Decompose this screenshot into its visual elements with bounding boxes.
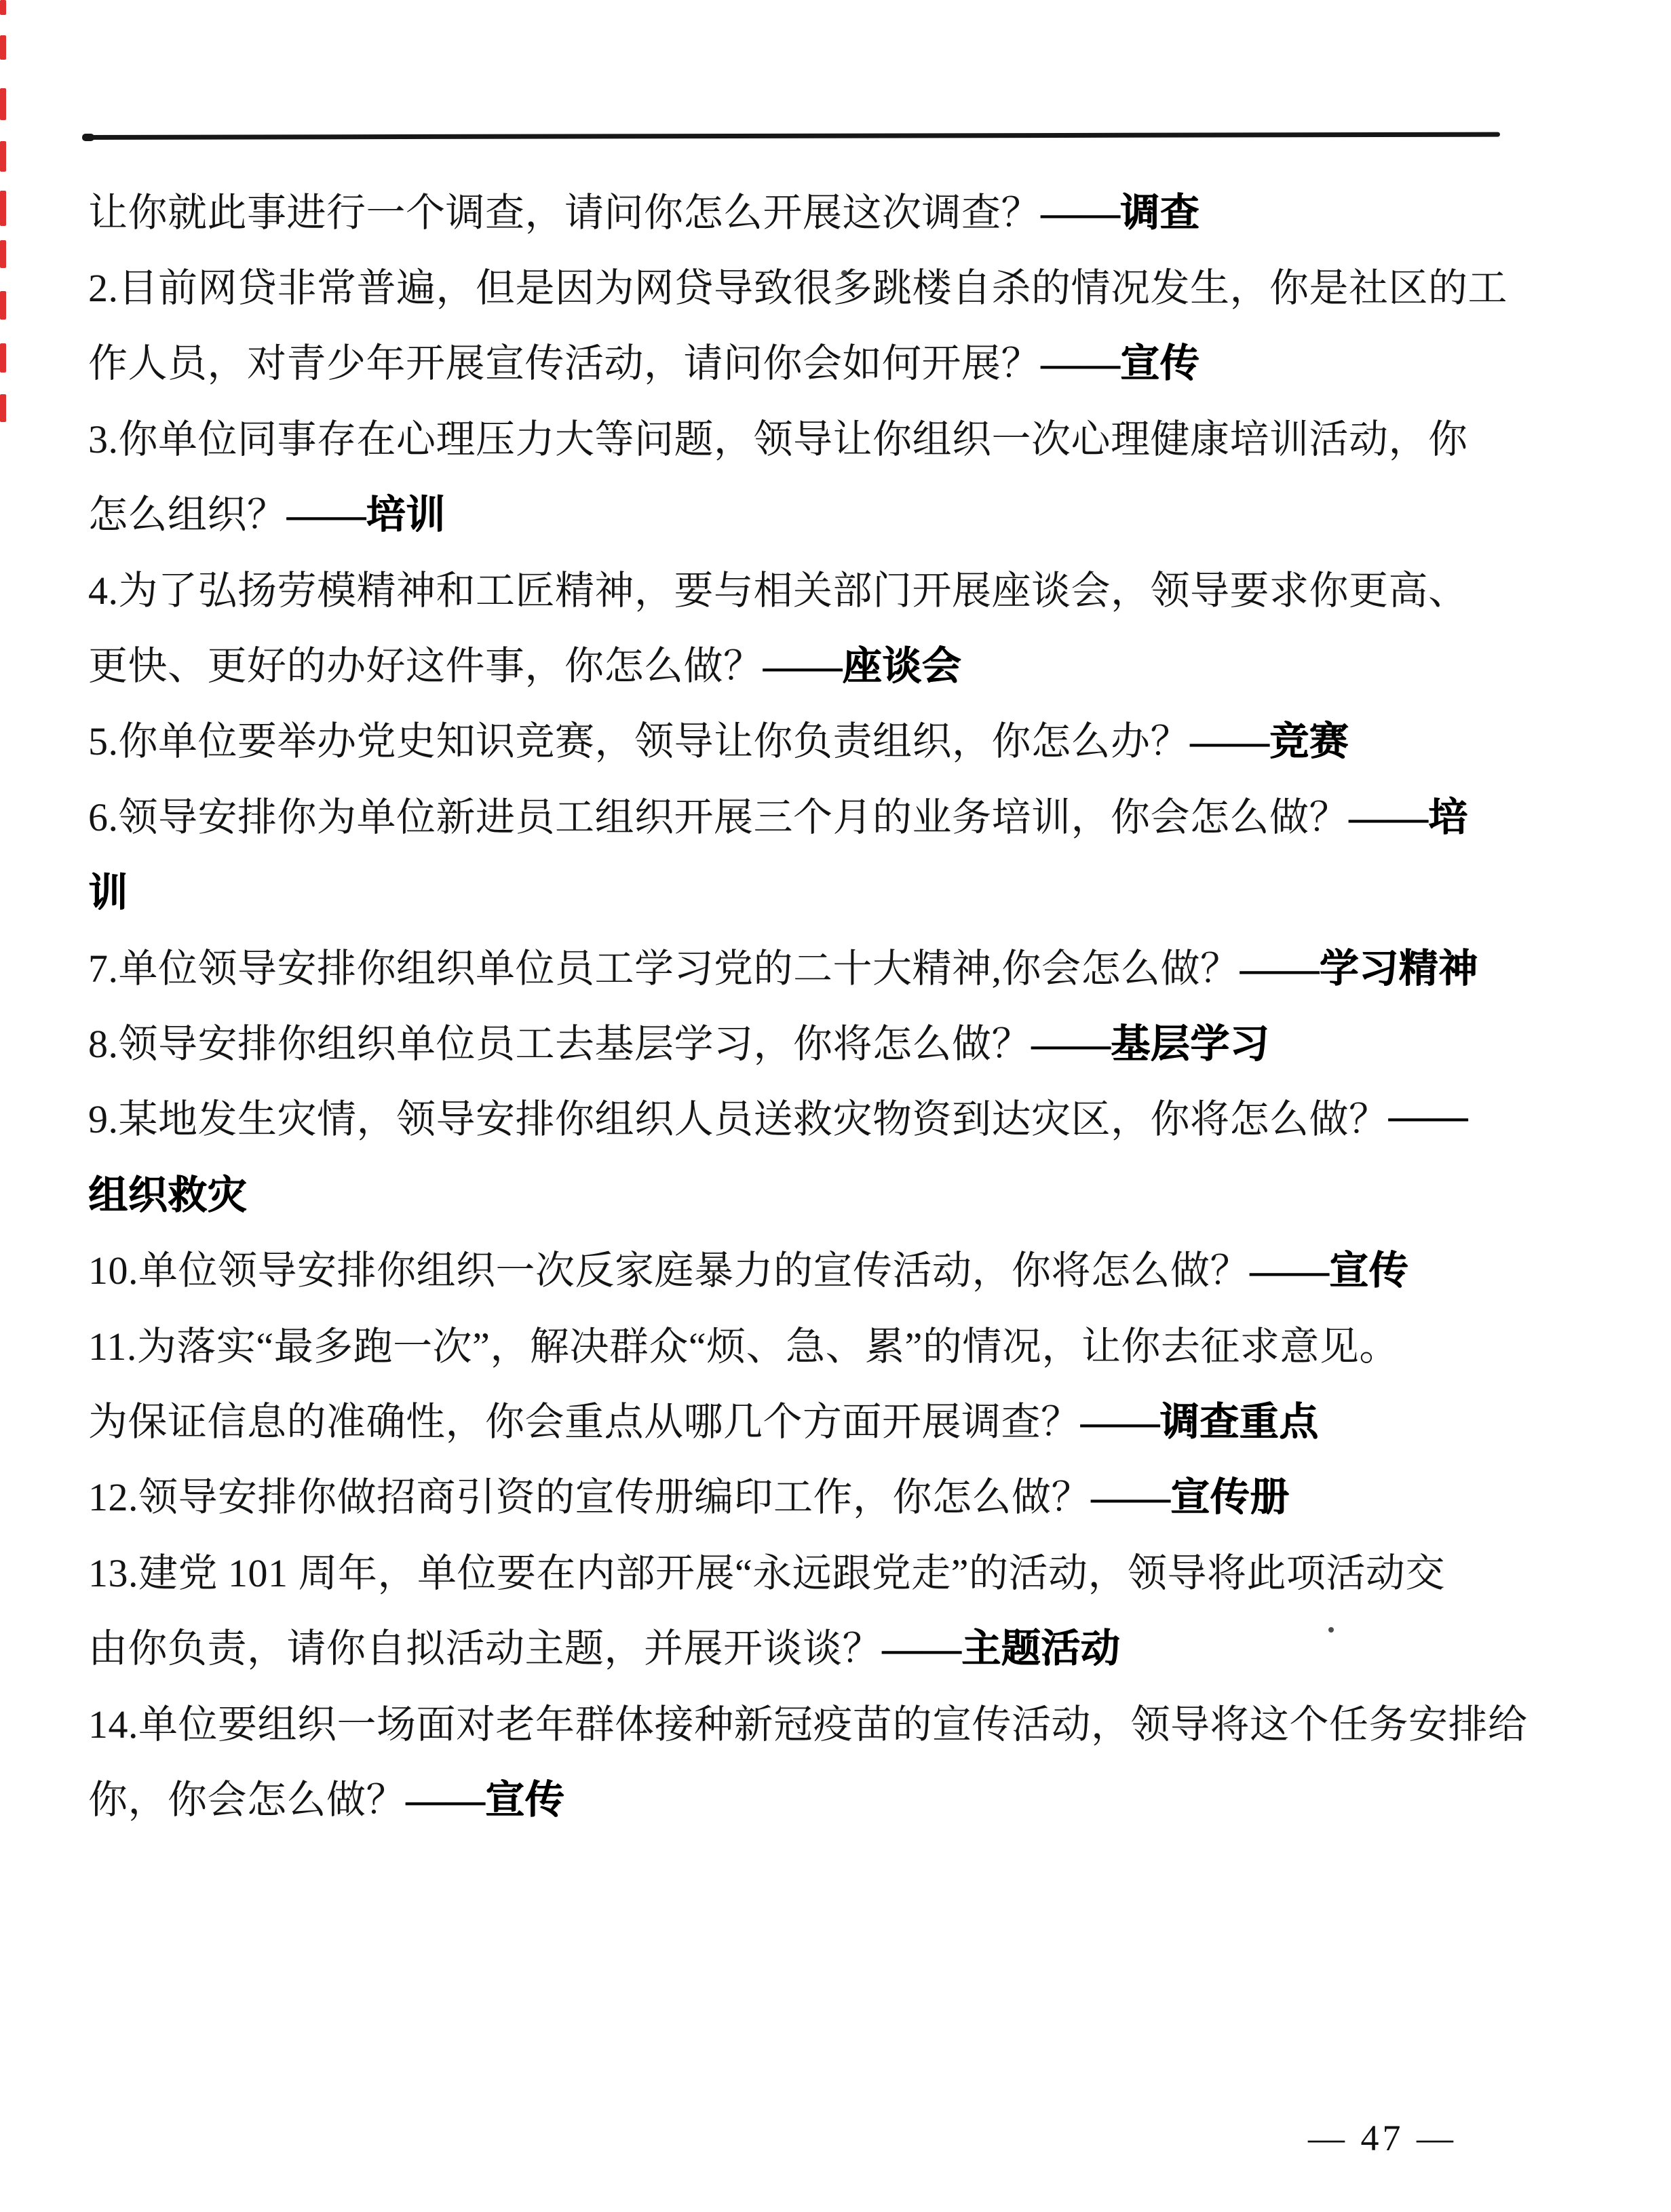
scan-artifact-red-mark (0, 343, 6, 373)
question-line: 7.单位领导安排你组织单位员工学习党的二十大精神,你会怎么做？——学习精神 (88, 927, 1611, 1002)
question-line: 你，你会怎么做？——宣传 (88, 1758, 1611, 1833)
question-text: 12.领导安排你做招商引资的宣传册编印工作，你怎么做？ (88, 1465, 1091, 1522)
answer-keyword: ——基层学习 (1031, 1012, 1269, 1069)
scan-artifact-dot (841, 270, 847, 276)
answer-keyword: ——座谈会 (763, 634, 962, 691)
question-line: 6.领导安排你为单位新进员工组织开展三个月的业务培训，你会怎么做？——培 (88, 776, 1611, 851)
scan-artifact-red-mark (0, 240, 6, 268)
answer-keyword: ——竞赛 (1190, 709, 1349, 766)
question-line: 8.领导安排你组织单位员工去基层学习，你将怎么做？——基层学习 (88, 1002, 1611, 1078)
question-text: 怎么组织？ (88, 482, 287, 539)
page-number: — 47 — (1308, 2117, 1457, 2159)
question-text: 5.你单位要举办党史知识竞赛，领导让你负责组织，你怎么办？ (88, 709, 1190, 766)
question-text: 作人员，对青少年开展宣传活动，请问你会如何开展？ (88, 331, 1041, 388)
question-line: 为保证信息的准确性，你会重点从哪几个方面开展调查？——调查重点 (88, 1380, 1611, 1455)
scan-artifact-red-mark (0, 394, 6, 422)
answer-keyword: ——宣传 (1250, 1238, 1408, 1295)
question-line: 9.某地发生灾情，领导安排你组织人员送救灾物资到达灾区，你将怎么做？—— (88, 1078, 1611, 1153)
answer-keyword: ——培训 (287, 482, 446, 539)
question-text: 为保证信息的准确性，你会重点从哪几个方面开展调查？ (88, 1390, 1081, 1447)
question-text: 7.单位领导安排你组织单位员工学习党的二十大精神,你会怎么做？ (88, 936, 1240, 993)
answer-keyword: ——宣传 (406, 1768, 564, 1825)
scan-artifact-red-mark (0, 191, 6, 226)
question-line: 作人员，对青少年开展宣传活动，请问你会如何开展？——宣传 (88, 322, 1611, 398)
answer-keyword: ——培 (1349, 785, 1468, 842)
question-text: 4.为了弘扬劳模精神和工匠精神，要与相关部门开展座谈会，领导要求你更高、 (88, 558, 1468, 615)
scan-artifact-red-mark (0, 291, 6, 320)
scan-artifact-red-mark (0, 88, 6, 120)
document-page: 让你就此事进行一个调查，请问你怎么开展这次调查？——调查2.目前网贷非常普遍，但… (0, 0, 1671, 2212)
question-line: 3.你单位同事存在心理压力大等问题，领导让你组织一次心理健康培训活动，你 (88, 398, 1611, 473)
question-line: 5.你单位要举办党史知识竞赛，领导让你负责组织，你怎么办？——竞赛 (88, 700, 1611, 776)
question-text: 让你就此事进行一个调查，请问你怎么开展这次调查？ (88, 180, 1041, 237)
question-line: 10.单位领导安排你组织一次反家庭暴力的宣传活动，你将怎么做？——宣传 (88, 1229, 1611, 1304)
question-line: 14.单位要组织一场面对老年群体接种新冠疫苗的宣传活动，领导将这个任务安排给 (88, 1683, 1611, 1758)
question-text: 11.为落实“最多跑一次”，解决群众“烦、急、累”的情况，让你去征求意见。 (88, 1314, 1399, 1371)
question-line: 由你负责，请你自拟活动主题，并展开谈谈？——主题活动 (88, 1607, 1611, 1682)
question-text: 6.领导安排你为单位新进员工组织开展三个月的业务培训，你会怎么做？ (88, 785, 1349, 842)
question-line: 12.领导安排你做招商引资的宣传册编印工作，你怎么做？——宣传册 (88, 1456, 1611, 1531)
question-line: 更快、更好的办好这件事，你怎么做？——座谈会 (88, 624, 1611, 700)
question-text: 3.你单位同事存在心理压力大等问题，领导让你组织一次心理健康培训活动，你 (88, 407, 1468, 464)
top-rule (83, 132, 1500, 140)
answer-keyword: 训 (88, 860, 128, 917)
question-line: 训 (88, 852, 1611, 927)
question-text: 14.单位要组织一场面对老年群体接种新冠疫苗的宣传活动，领导将这个任务安排给 (88, 1692, 1528, 1749)
answer-keyword: ——学习精神 (1240, 936, 1478, 993)
question-line: 4.为了弘扬劳模精神和工匠精神，要与相关部门开展座谈会，领导要求你更高、 (88, 549, 1611, 624)
question-line: 13.建党 101 周年，单位要在内部开展“永远跟党走”的活动，领导将此项活动交 (88, 1531, 1611, 1607)
question-text: 10.单位领导安排你组织一次反家庭暴力的宣传活动，你将怎么做？ (88, 1238, 1250, 1295)
question-line: 让你就此事进行一个调查，请问你怎么开展这次调查？——调查 (88, 171, 1611, 246)
answer-keyword: —— (1389, 1093, 1468, 1139)
answer-keyword: ——宣传 (1041, 331, 1199, 388)
question-line: 怎么组织？——培训 (88, 474, 1611, 549)
answer-keyword: 组织救灾 (88, 1163, 247, 1220)
question-text: 8.领导安排你组织单位员工去基层学习，你将怎么做？ (88, 1012, 1031, 1069)
question-text: 你，你会怎么做？ (88, 1768, 406, 1825)
scan-artifact-red-mark (0, 0, 6, 15)
question-text: 2.目前网贷非常普遍，但是因为网贷导致很多跳楼自杀的情况发生，你是社区的工 (88, 256, 1507, 313)
question-text: 由你负责，请你自拟活动主题，并展开谈谈？ (88, 1616, 882, 1673)
question-text: 更快、更好的办好这件事，你怎么做？ (88, 634, 763, 691)
question-text: 9.某地发生灾情，领导安排你组织人员送救灾物资到达灾区，你将怎么做？ (88, 1087, 1389, 1144)
question-line: 11.为落实“最多跑一次”，解决群众“烦、急、累”的情况，让你去征求意见。 (88, 1305, 1611, 1380)
question-list: 让你就此事进行一个调查，请问你怎么开展这次调查？——调查2.目前网贷非常普遍，但… (88, 171, 1611, 1834)
answer-keyword: ——宣传册 (1091, 1465, 1290, 1522)
question-line: 组织救灾 (88, 1153, 1611, 1229)
question-line: 2.目前网贷非常普遍，但是因为网贷导致很多跳楼自杀的情况发生，你是社区的工 (88, 246, 1611, 322)
answer-keyword: ——调查重点 (1081, 1390, 1319, 1447)
scan-artifact-dot (1328, 1627, 1334, 1633)
answer-keyword: ——主题活动 (882, 1616, 1120, 1673)
answer-keyword: ——调查 (1041, 180, 1199, 237)
question-text: 13.建党 101 周年，单位要在内部开展“永远跟党走”的活动，领导将此项活动交 (88, 1541, 1445, 1598)
scan-artifact-red-mark (0, 141, 6, 172)
scan-artifact-red-mark (0, 35, 6, 60)
